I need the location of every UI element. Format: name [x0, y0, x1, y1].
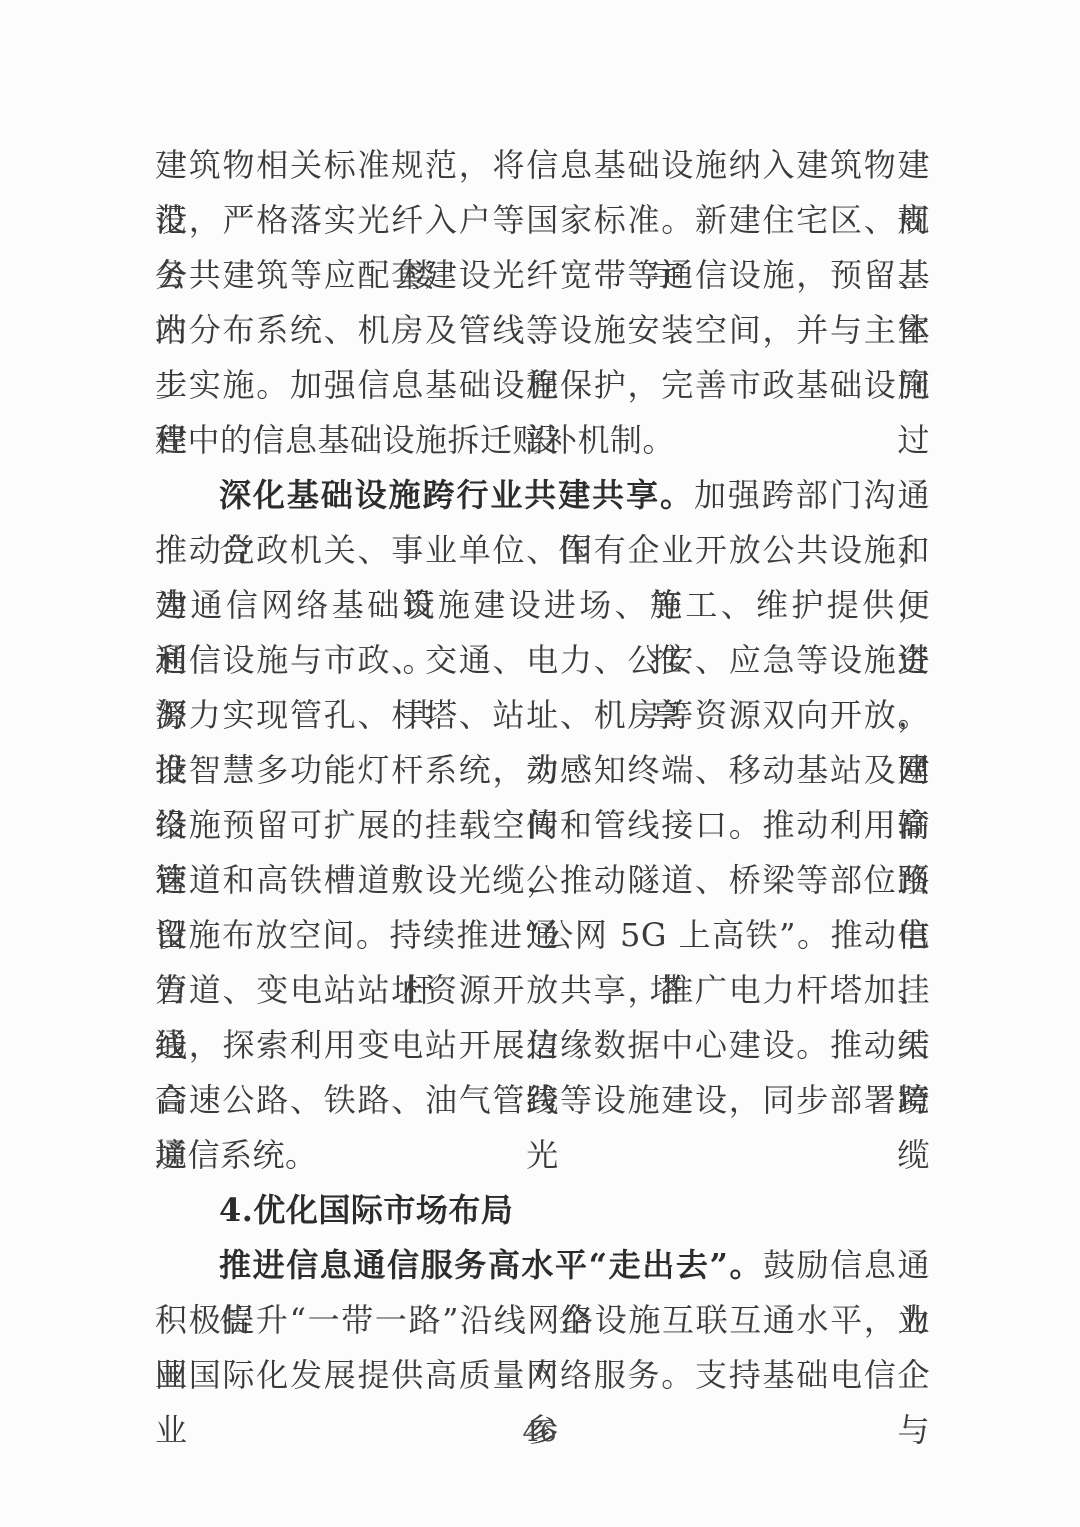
text-line: 设智慧多功能灯杆系统，为感知终端、移动基站及网络传输: [155, 743, 930, 798]
document-body: 建筑物相关标准规范，将信息基础设施纳入建筑物建设规范，严格落实光纤入户等国家标准…: [155, 138, 930, 1403]
bold-text-segment: 4.优化国际市场布局: [219, 1191, 513, 1229]
text-line: 深化基础设施跨行业共建共享。加强跨部门沟通合作，: [155, 468, 930, 523]
text-line: 高速公路、铁路、油气管线等设施建设，同步部署跨境光缆: [155, 1073, 930, 1128]
text-line: 管道和高铁槽道敷设光缆，推动隧道、桥梁等部位预留通信: [155, 853, 930, 908]
text-line: 业国际化发展提供高质量网络服务。支持基础电信企业参与: [155, 1348, 930, 1403]
bold-text-segment: 深化基础设施跨行业共建共享。: [219, 476, 694, 514]
text-line: 努力实现管孔、杆塔、站址、机房等资源双向开放。推动建: [155, 688, 930, 743]
document-page: 建筑物相关标准规范，将信息基础设施纳入建筑物建设规范，严格落实光纤入户等国家标准…: [0, 0, 1080, 1527]
text-line: 建筑物相关标准规范，将信息基础设施纳入建筑物建设规: [155, 138, 930, 193]
text-line: 设施布放空间。持续推进“公网 5G 上高铁”。推动电力杆塔、: [155, 908, 930, 963]
text-line: 为通信网络基础设施建设进场、施工、维护提供便利。推进: [155, 578, 930, 633]
text-line: 管道、变电站站址资源开放共享，推广电力杆塔加挂通信天: [155, 963, 930, 1018]
text-line: 设施预留可扩展的挂载空间和管线接口。推动利用高速公路: [155, 798, 930, 853]
text-line: 通信设施与市政、交通、电力、公安、应急等设施资源共享，: [155, 633, 930, 688]
text-line: 积极提升“一带一路”沿线网络设施互联互通水平，为国内企: [155, 1293, 930, 1348]
text-line: 公共建筑等应配套建设光纤宽带等通信设施，预留基站、室: [155, 248, 930, 303]
text-line: 推进信息通信服务高水平“走出去”。鼓励信息通信企业: [155, 1238, 930, 1293]
text-segment: 程中的信息基础设施拆迁赔补机制。: [155, 421, 675, 459]
page-number: 46: [0, 1418, 1080, 1448]
text-line: 4.优化国际市场布局: [155, 1183, 930, 1238]
bold-text-segment: 推进信息通信服务高水平“走出去”。: [219, 1246, 763, 1284]
text-line: 线，探索利用变电站开展边缘数据中心建设。推动结合跨境: [155, 1018, 930, 1073]
text-line: 内分布系统、机房及管线等设施安装空间，并与主体工程同: [155, 303, 930, 358]
text-line: 步实施。加强信息基础设施保护，完善市政基础设施建设过: [155, 358, 930, 413]
text-segment: 通信系统。: [155, 1136, 318, 1174]
text-line: 推动党政机关、事业单位、国有企业开放公共设施和建筑等，: [155, 523, 930, 578]
text-line: 范，严格落实光纤入户等国家标准。新建住宅区、商务楼宇、: [155, 193, 930, 248]
